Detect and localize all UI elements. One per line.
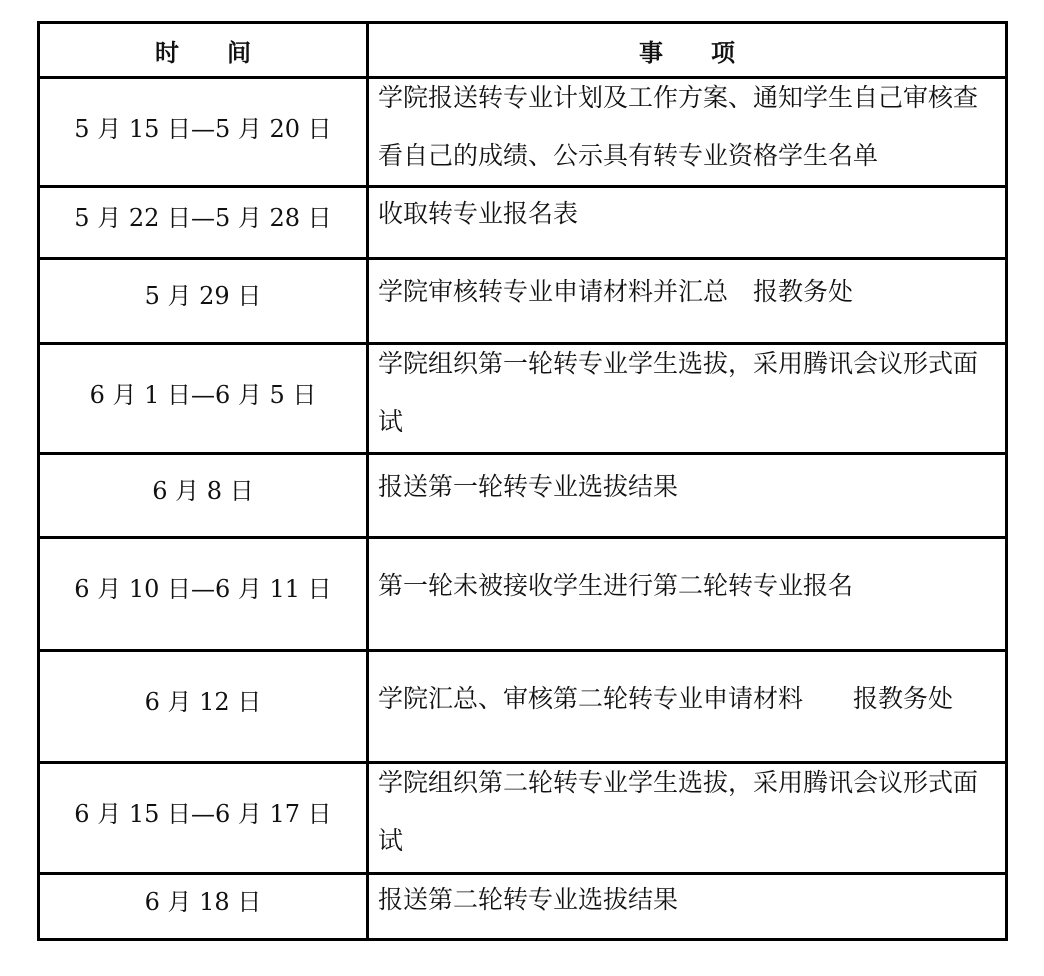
item-text: 报送第一轮转专业选拔结果 (378, 458, 1001, 516)
table-row: 6 月 12 日 学院汇总、审核第二轮转专业申请材料 报教务处 (39, 651, 1007, 763)
time-text: 6 月 18 日 (40, 882, 366, 917)
time-text: 5 月 22 日—5 月 28 日 (40, 198, 366, 233)
time-cell: 6 月 12 日 (39, 651, 368, 763)
item-cell: 学院组织第一轮转专业学生选拔，采用腾讯会议形式面试 (368, 344, 1007, 454)
table-row: 6 月 1 日—6 月 5 日 学院组织第一轮转专业学生选拔，采用腾讯会议形式面… (39, 344, 1007, 454)
header-time: 时 间 (39, 23, 368, 78)
table-row: 5 月 15 日—5 月 20 日 学院报送转专业计划及工作方案、通知学生自己审… (39, 78, 1007, 187)
item-text: 学院汇总、审核第二轮转专业申请材料 报教务处 (378, 670, 1001, 728)
item-cell: 学院组织第二轮转专业学生选拔，采用腾讯会议形式面试 (368, 763, 1007, 874)
item-cell: 报送第二轮转专业选拔结果 (368, 874, 1007, 940)
time-text: 5 月 15 日—5 月 20 日 (40, 109, 366, 144)
schedule-table: 时 间 事 项 5 月 15 日—5 月 20 日 学院报送转专业计划及工作方案… (37, 21, 1008, 941)
item-text: 学院审核转专业申请材料并汇总 报教务处 (378, 263, 1001, 321)
item-cell: 学院汇总、审核第二轮转专业申请材料 报教务处 (368, 651, 1007, 763)
item-cell: 学院报送转专业计划及工作方案、通知学生自己审核查看自己的成绩、公示具有转专业资格… (368, 78, 1007, 187)
time-text: 5 月 29 日 (40, 276, 366, 311)
item-text: 学院报送转专业计划及工作方案、通知学生自己审核查看自己的成绩、公示具有转专业资格… (378, 69, 1001, 185)
time-cell: 5 月 22 日—5 月 28 日 (39, 187, 368, 259)
time-cell: 6 月 18 日 (39, 874, 368, 940)
time-cell: 6 月 8 日 (39, 454, 368, 538)
item-text: 第一轮未被接收学生进行第二轮转专业报名 (378, 557, 1001, 615)
time-text: 6 月 1 日—6 月 5 日 (40, 375, 366, 410)
time-text: 6 月 8 日 (40, 471, 366, 506)
time-text: 6 月 12 日 (40, 682, 366, 717)
time-cell: 6 月 15 日—6 月 17 日 (39, 763, 368, 874)
schedule-body: 5 月 15 日—5 月 20 日 学院报送转专业计划及工作方案、通知学生自己审… (39, 78, 1007, 940)
time-cell: 5 月 15 日—5 月 20 日 (39, 78, 368, 187)
table-row: 6 月 8 日 报送第一轮转专业选拔结果 (39, 454, 1007, 538)
time-text: 6 月 10 日—6 月 11 日 (40, 569, 366, 604)
time-cell: 5 月 29 日 (39, 259, 368, 344)
item-text: 报送第二轮转专业选拔结果 (378, 871, 1001, 929)
table-row: 6 月 18 日 报送第二轮转专业选拔结果 (39, 874, 1007, 940)
table-row: 6 月 10 日—6 月 11 日 第一轮未被接收学生进行第二轮转专业报名 (39, 538, 1007, 651)
time-cell: 6 月 1 日—6 月 5 日 (39, 344, 368, 454)
item-cell: 收取转专业报名表 (368, 187, 1007, 259)
table-row: 5 月 29 日 学院审核转专业申请材料并汇总 报教务处 (39, 259, 1007, 344)
item-text: 学院组织第一轮转专业学生选拔，采用腾讯会议形式面试 (378, 335, 1001, 451)
item-text: 收取转专业报名表 (378, 185, 1001, 243)
item-text: 学院组织第二轮转专业学生选拔，采用腾讯会议形式面试 (378, 754, 1001, 870)
item-cell: 第一轮未被接收学生进行第二轮转专业报名 (368, 538, 1007, 651)
table-row: 6 月 15 日—6 月 17 日 学院组织第二轮转专业学生选拔，采用腾讯会议形… (39, 763, 1007, 874)
time-text: 6 月 15 日—6 月 17 日 (40, 794, 366, 829)
table-row: 5 月 22 日—5 月 28 日 收取转专业报名表 (39, 187, 1007, 259)
item-cell: 学院审核转专业申请材料并汇总 报教务处 (368, 259, 1007, 344)
item-cell: 报送第一轮转专业选拔结果 (368, 454, 1007, 538)
time-cell: 6 月 10 日—6 月 11 日 (39, 538, 368, 651)
